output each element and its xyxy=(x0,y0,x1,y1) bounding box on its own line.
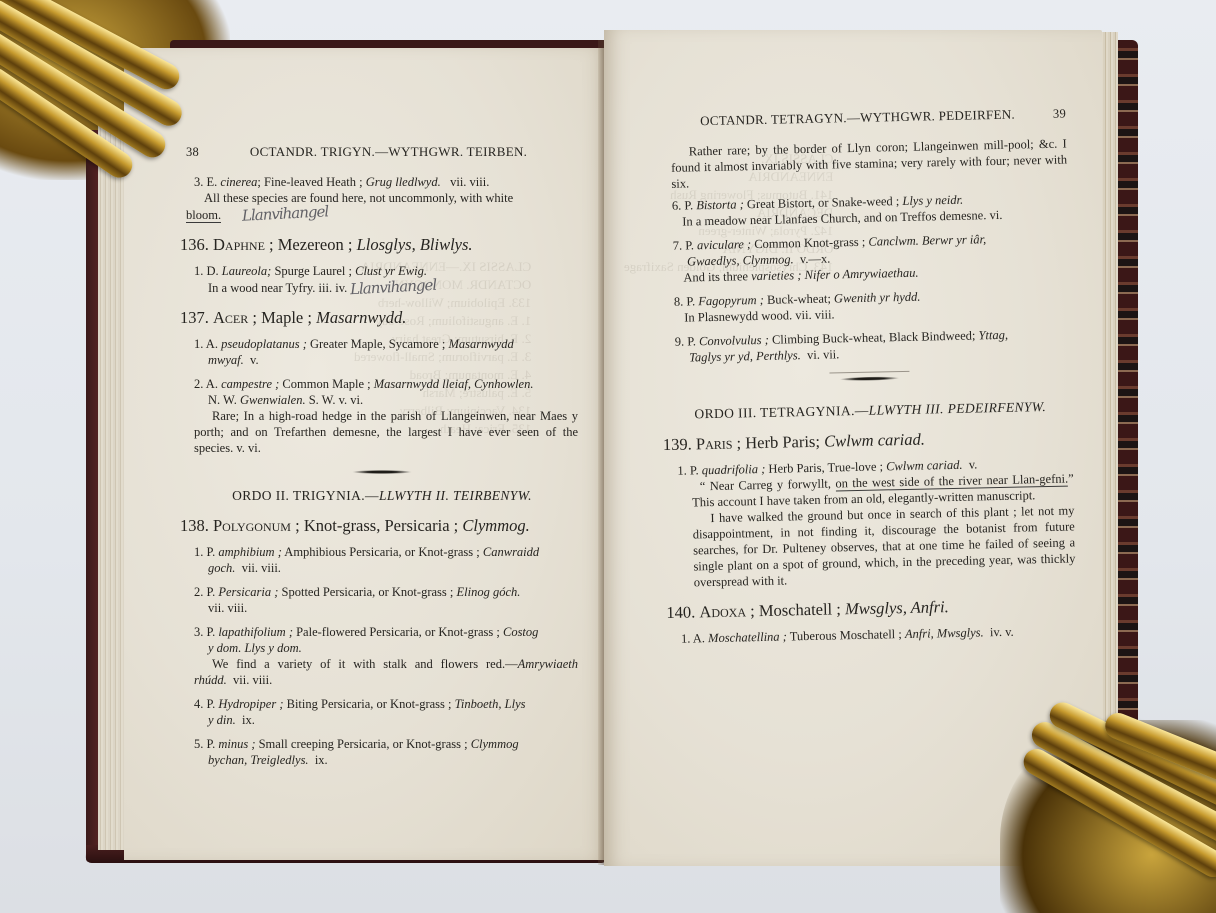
left-page: CLASSIS IX.—ENNEANDRIAOCTANDR. MONOGYN.1… xyxy=(124,48,608,860)
genus-heading-136: 136. Daphne ; Mezereon ; Llosglys, Bliwl… xyxy=(180,235,578,255)
species-entry: 3. E. cinerea; Fine-leaved Heath ; Grug … xyxy=(186,174,578,223)
species-entry: 7. P. aviculare ; Common Knot-grass ; Ca… xyxy=(665,230,1070,286)
genus-heading-140: 140. Adoxa ; Moschatell ; Mwsglys, Anfri… xyxy=(666,594,1076,623)
species-entry: 2. P. Persicaria ; Spotted Persicaria, o… xyxy=(186,584,578,616)
species-entry: 1. P. quadrifolia ; Herb Paris, True-lov… xyxy=(669,454,1076,590)
handwritten-annotation: Llanvihangel xyxy=(224,203,329,224)
book-photo-scene: CLASSIS IX.—ENNEANDRIAOCTANDR. MONOGYN.1… xyxy=(0,0,1216,913)
ornamental-divider xyxy=(352,470,412,474)
right-page-text: OCTANDR. TETRAGYN.—WYTHGWR. PEDEIRFEN. 3… xyxy=(662,106,1077,655)
running-head-title: OCTANDR. TRIGYN.—WYTHGWR. TEIRBEN. xyxy=(199,144,578,160)
handwritten-annotation: Llanvihangel xyxy=(350,277,437,297)
divider-rule xyxy=(829,371,909,374)
species-note: We find a variety of it with stalk and f… xyxy=(186,656,578,688)
species-entry: 2. A. campestre ; Common Maple ; Masarnw… xyxy=(186,376,578,456)
species-note: Rather rare; by the border of Llyn coron… xyxy=(663,136,1068,192)
running-head-left: 38 OCTANDR. TRIGYN.—WYTHGWR. TEIRBEN. xyxy=(186,144,578,160)
ordo-heading: ORDO III. TETRAGYNIA.—LLWYTH III. PEDEIR… xyxy=(668,398,1072,422)
species-note: I have walked the ground but once in sea… xyxy=(670,502,1076,590)
species-entry: 1. A. pseudoplatanus ; Greater Maple, Sy… xyxy=(186,336,578,368)
ordo-heading: ORDO II. TRIGYNIA.—LLWYTH II. TEIRBENYW. xyxy=(186,488,578,504)
running-head-right: OCTANDR. TETRAGYN.—WYTHGWR. PEDEIRFEN. 3… xyxy=(662,106,1066,130)
genus-heading-138: 138. Polygonum ; Knot-grass, Persicaria … xyxy=(180,516,578,536)
page-number: 38 xyxy=(186,144,199,160)
genus-heading-137: 137. Acer ; Maple ; Masarnwydd. xyxy=(180,308,578,328)
species-note: All these species are found here, not un… xyxy=(186,190,578,223)
ornamental-divider xyxy=(840,376,900,381)
species-entry: 3. P. lapathifolium ; Pale-flowered Pers… xyxy=(186,624,578,688)
species-entry: 6. P. Bistorta ; Great Bistort, or Snake… xyxy=(664,190,1069,230)
species-entry: 4. P. Hydropiper ; Biting Persicaria, or… xyxy=(186,696,578,728)
page-number: 39 xyxy=(1053,106,1066,122)
species-entry: 1. A. Moschatellina ; Tuberous Moschatel… xyxy=(673,622,1077,646)
species-entry: 5. P. minus ; Small creeping Persicaria,… xyxy=(186,736,578,768)
species-entry: 9. P. Convolvulus ; Climbing Buck-wheat,… xyxy=(667,325,1072,365)
running-head-title: OCTANDR. TETRAGYN.—WYTHGWR. PEDEIRFEN. xyxy=(662,106,1053,130)
species-note: Rare; In a high-road hedge in the parish… xyxy=(186,408,578,456)
genus-heading-139: 139. Paris ; Herb Paris; Cwlwm cariad. xyxy=(663,426,1073,455)
species-entry: 1. P. amphibium ; Amphibious Persicaria,… xyxy=(186,544,578,576)
left-page-text: 38 OCTANDR. TRIGYN.—WYTHGWR. TEIRBEN. 3.… xyxy=(186,144,578,776)
species-entry: 8. P. Fagopyrum ; Buck-wheat; Gwenith yr… xyxy=(666,285,1071,325)
right-page: CLASSIS IX.ENNEANDRIA141. Butomus; Flowe… xyxy=(604,30,1102,866)
species-entry: 1. D. Laureola; Spurge Laurel ; Clust yr… xyxy=(186,263,578,296)
